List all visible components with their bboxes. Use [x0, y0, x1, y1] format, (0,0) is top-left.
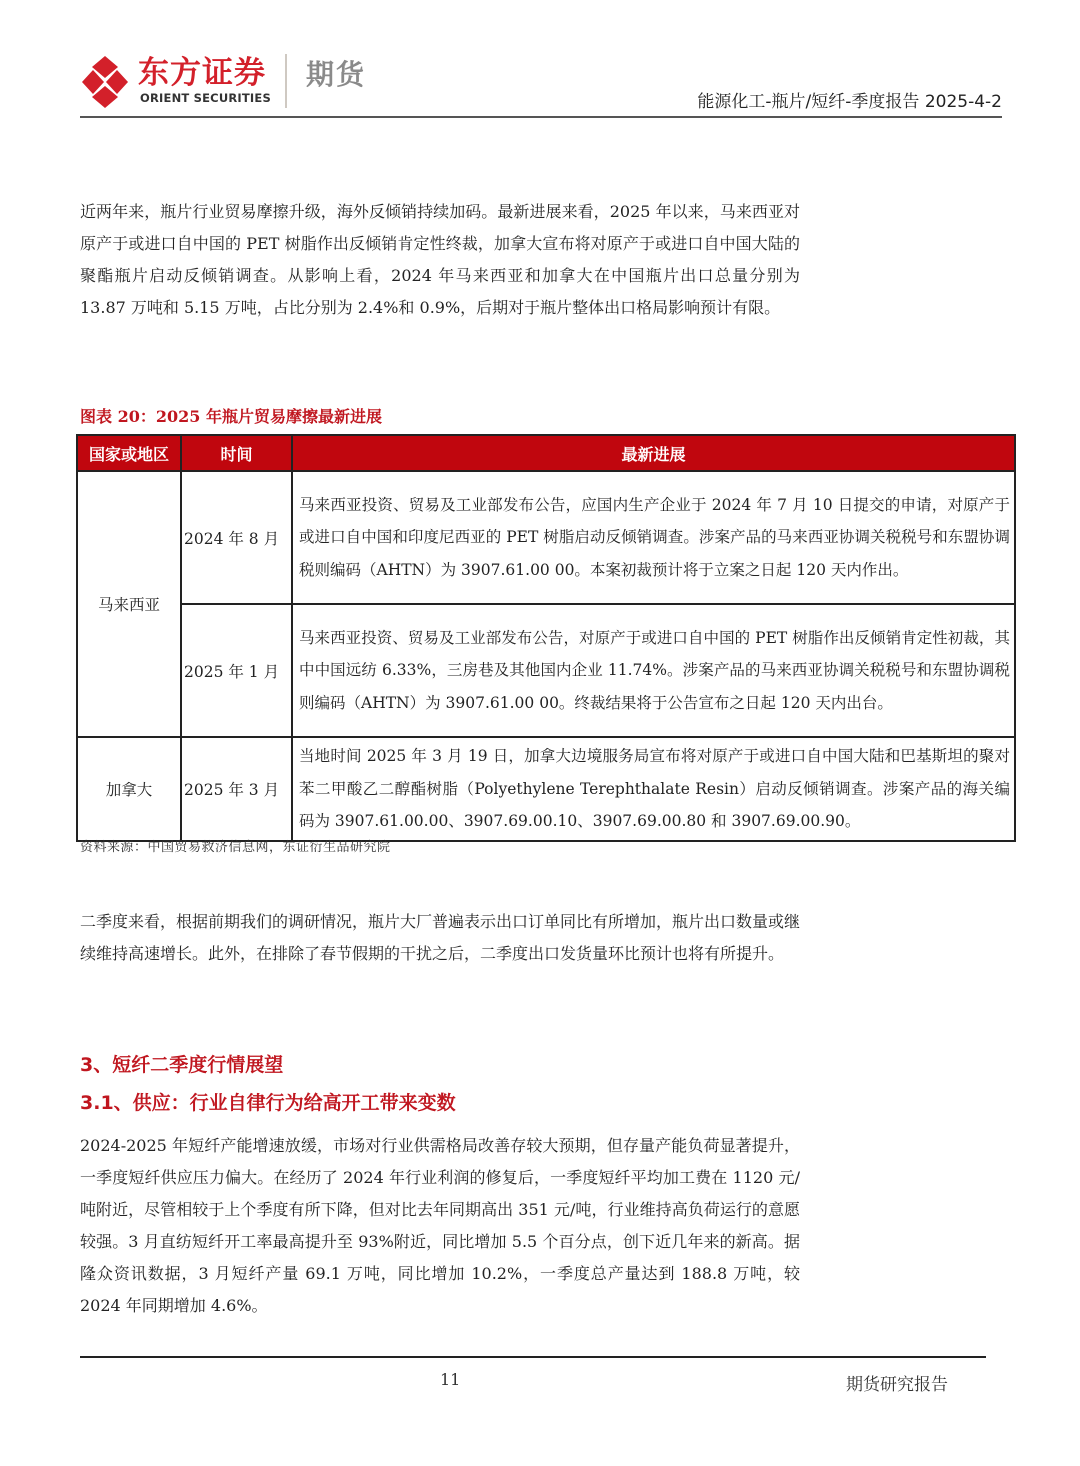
section-heading: 3、短纤二季度行情展望	[80, 1052, 283, 1078]
q2-outlook-paragraph: 二季度来看，根据前期我们的调研情况，瓶片大厂普遍表示出口订单同比有所增加，瓶片出…	[80, 906, 800, 970]
footer-divider	[80, 1356, 986, 1358]
intro-paragraph: 近两年来，瓶片行业贸易摩擦升级，海外反倾销持续加码。最新进展来看，2025 年以…	[80, 196, 800, 324]
column-header-region: 国家或地区	[77, 435, 181, 471]
logo-english-name: ORIENT SECURITIES	[140, 91, 271, 105]
logo-chinese-name: 东方证券	[138, 56, 266, 90]
report-title: 能源化工-瓶片/短纤-季度报告 2025-4-2	[697, 91, 1002, 113]
page-header: 东方证券 ORIENT SECURITIES 期货 能源化工-瓶片/短纤-季度报…	[0, 0, 1080, 120]
logo-divider	[285, 54, 287, 108]
column-header-progress: 最新进展	[292, 435, 1015, 471]
progress-cell: 马来西亚投资、贸易及工业部发布公告，对原产于或进口自中国的 PET 树脂作出反倾…	[292, 604, 1015, 737]
time-cell: 2024 年 8 月	[181, 471, 292, 604]
column-header-time: 时间	[181, 435, 292, 471]
figure-title: 图表 20：2025 年瓶片贸易摩擦最新进展	[80, 406, 382, 428]
table-row: 马来西亚 2024 年 8 月 马来西亚投资、贸易及工业部发布公告，应国内生产企…	[77, 471, 1015, 604]
table-row: 加拿大 2025 年 3 月 当地时间 2025 年 3 月 19 日，加拿大边…	[77, 737, 1015, 841]
division-label: 期货	[306, 58, 366, 92]
progress-cell: 当地时间 2025 年 3 月 19 日，加拿大边境服务局宣布将对原产于或进口自…	[292, 737, 1015, 841]
page-number: 11	[440, 1370, 460, 1389]
region-cell: 加拿大	[77, 737, 181, 841]
header-divider	[80, 116, 1002, 118]
time-cell: 2025 年 3 月	[181, 737, 292, 841]
region-cell: 马来西亚	[77, 471, 181, 737]
figure-source: 资料来源：中国贸易救济信息网，东证衍生品研究院	[80, 838, 391, 858]
footer-label: 期货研究报告	[846, 1370, 948, 1395]
supply-paragraph: 2024-2025 年短纤产能增速放缓，市场对行业供需格局改善存较大预期，但存量…	[80, 1130, 800, 1322]
trade-friction-table: 国家或地区 时间 最新进展 马来西亚 2024 年 8 月 马来西亚投资、贸易及…	[76, 434, 1016, 842]
progress-cell: 马来西亚投资、贸易及工业部发布公告，应国内生产企业于 2024 年 7 月 10…	[292, 471, 1015, 604]
table-row: 2025 年 1 月 马来西亚投资、贸易及工业部发布公告，对原产于或进口自中国的…	[77, 604, 1015, 737]
orient-securities-logo-icon	[80, 54, 130, 110]
table-header-row: 国家或地区 时间 最新进展	[77, 435, 1015, 471]
q2-outlook-text: 二季度来看，根据前期我们的调研情况，瓶片大厂普遍表示出口订单同比有所增加，瓶片出…	[80, 906, 800, 970]
supply-text: 2024-2025 年短纤产能增速放缓，市场对行业供需格局改善存较大预期，但存量…	[80, 1130, 800, 1322]
time-cell: 2025 年 1 月	[181, 604, 292, 737]
subsection-heading: 3.1、供应：行业自律行为给高开工带来变数	[80, 1090, 456, 1116]
intro-text: 近两年来，瓶片行业贸易摩擦升级，海外反倾销持续加码。最新进展来看，2025 年以…	[80, 196, 800, 324]
